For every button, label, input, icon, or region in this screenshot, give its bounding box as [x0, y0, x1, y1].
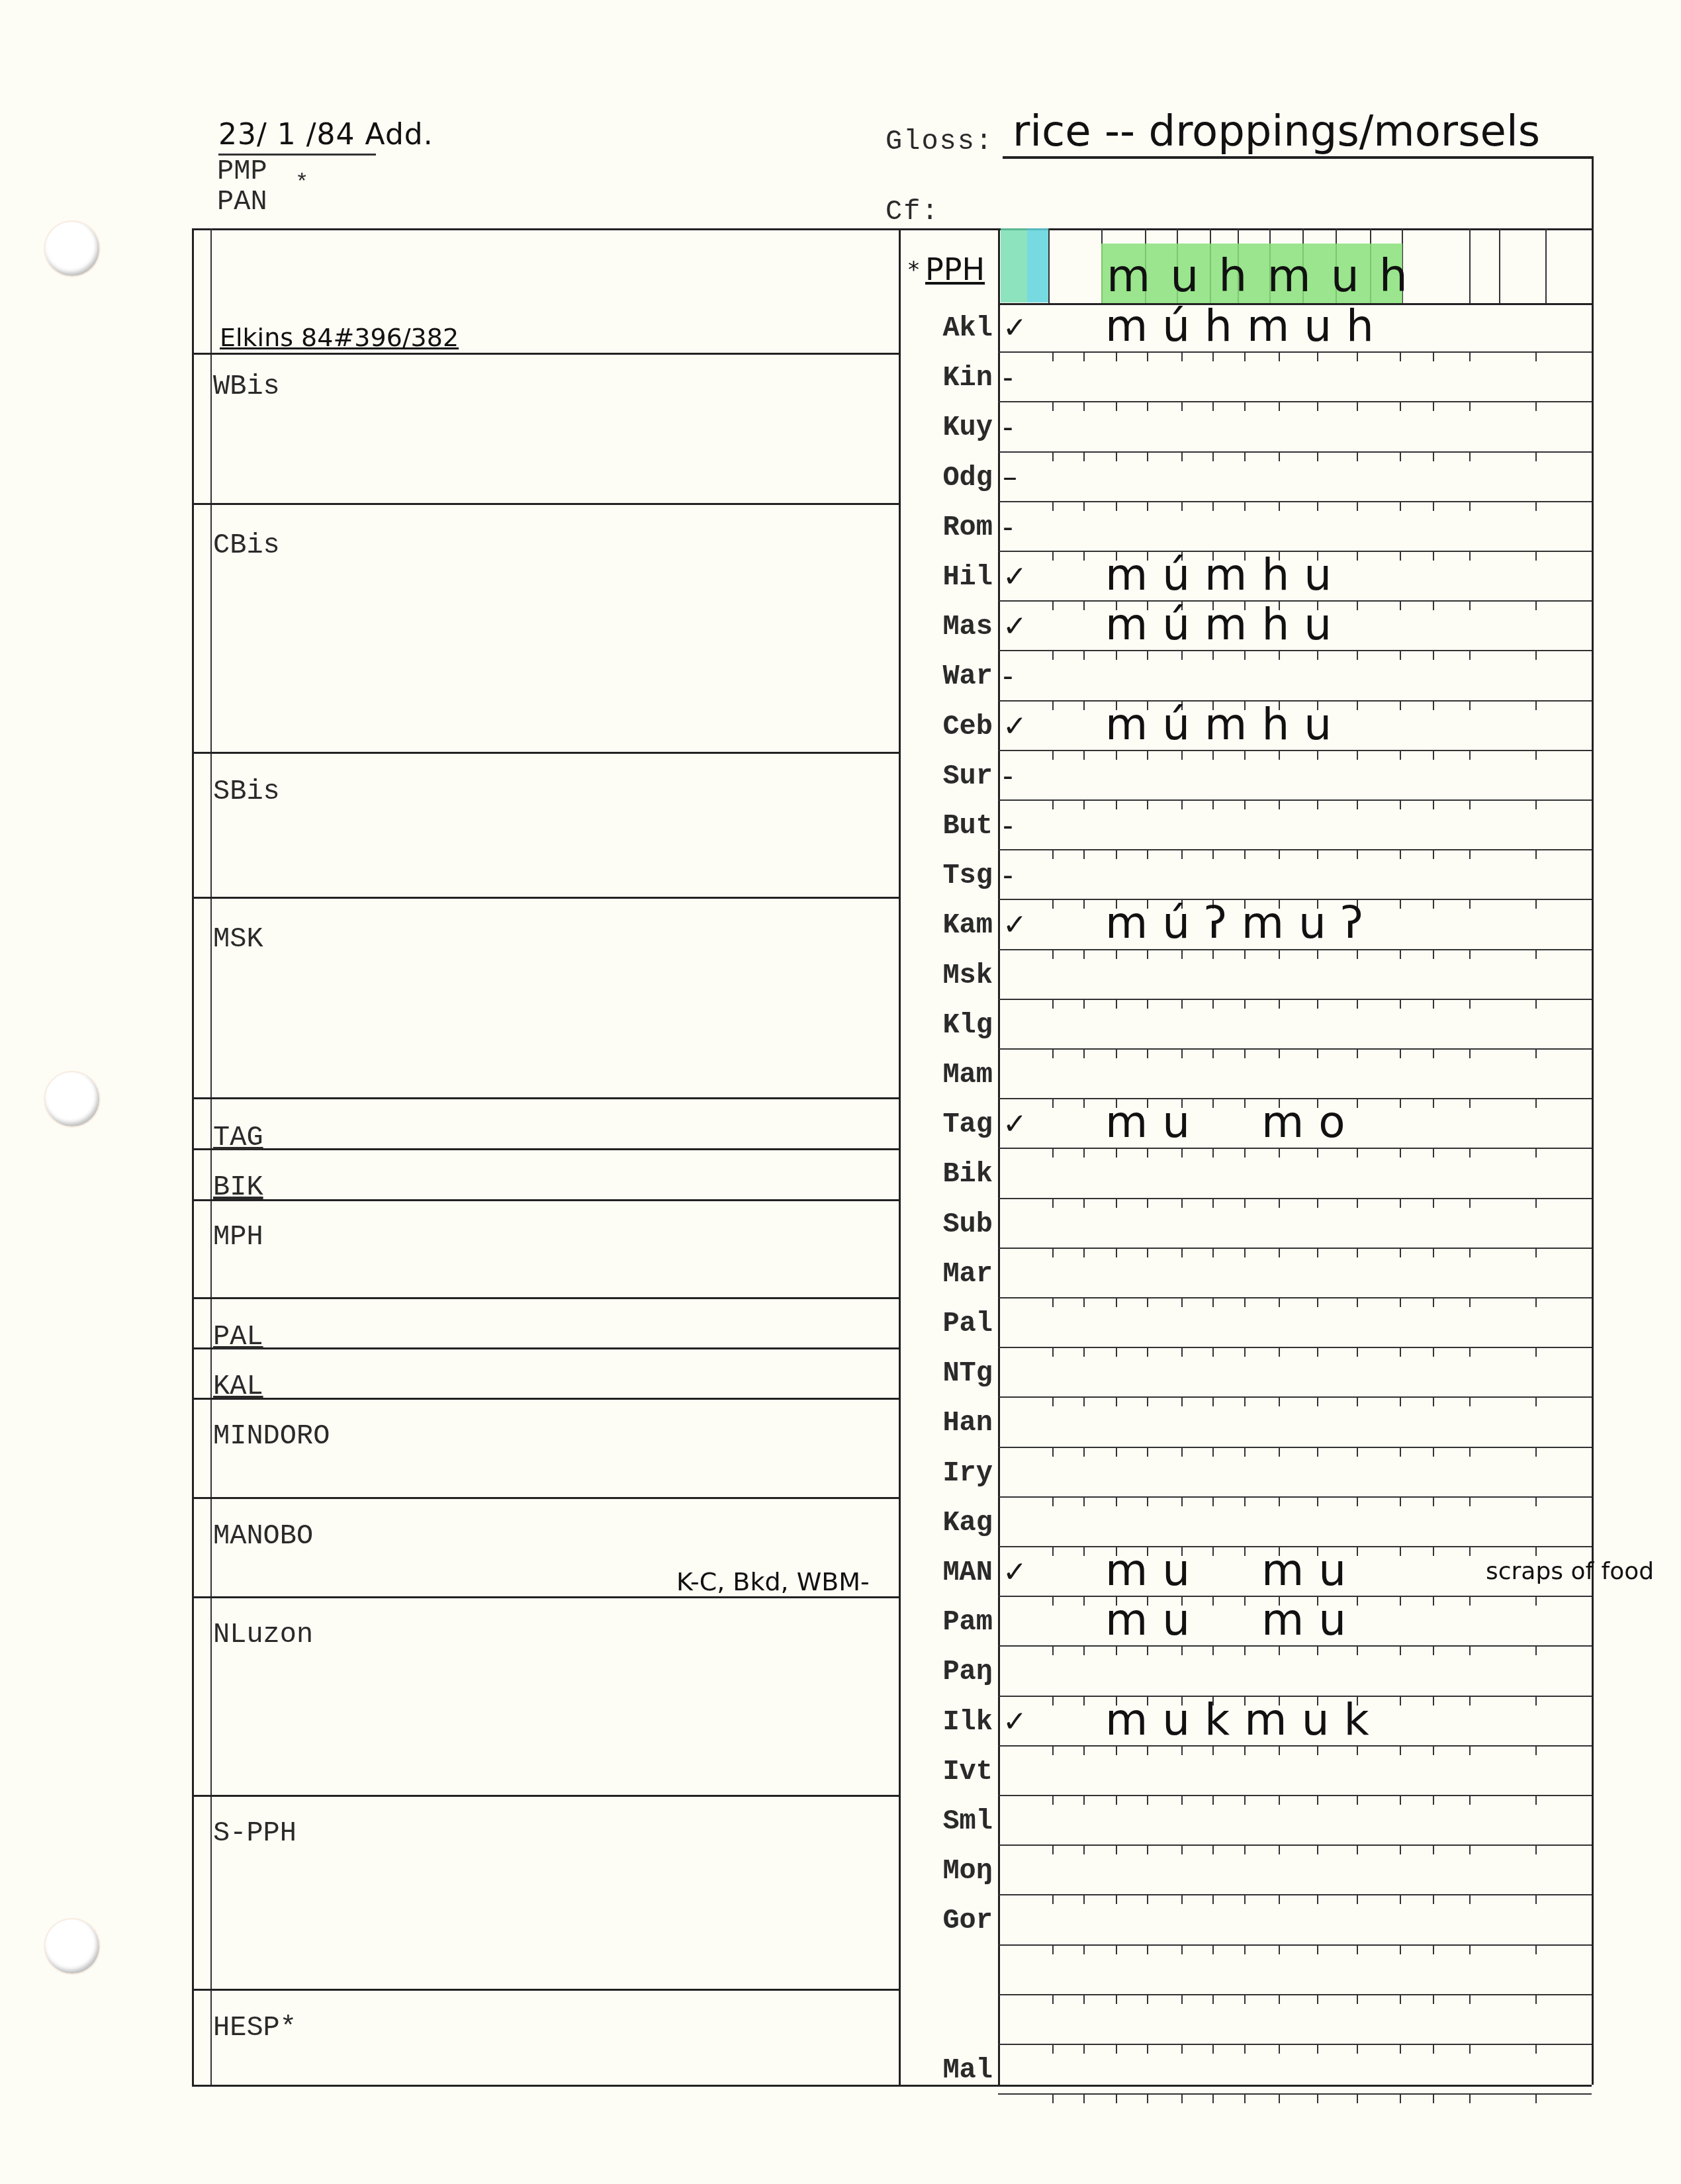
- grid-tick: [1535, 1895, 1537, 1904]
- grid-tick: [1433, 751, 1434, 760]
- language-code: Ceb: [908, 711, 993, 743]
- grid-tick: [1244, 1347, 1246, 1357]
- grid-tick: [1433, 1596, 1434, 1606]
- grid-tick: [1469, 1099, 1471, 1108]
- grid-tick: [1279, 502, 1280, 511]
- grid-tick: [1433, 1646, 1434, 1655]
- grid-tick: [1317, 1447, 1318, 1457]
- grid-tick: [1212, 950, 1214, 959]
- rule-line: [998, 401, 1592, 402]
- grid-tick: [1052, 1895, 1054, 1904]
- grid-tick: [1535, 1248, 1537, 1257]
- grid-tick: [1052, 452, 1054, 461]
- grid-tick: [1116, 1746, 1117, 1755]
- grid-tick: [1147, 1845, 1148, 1854]
- rule-line: [1592, 157, 1594, 2085]
- proto-star: *: [908, 257, 919, 283]
- grid-tick: [1400, 1347, 1401, 1357]
- grid-tick: [1147, 1945, 1148, 1954]
- grid-tick: [1181, 1845, 1183, 1854]
- grid-tick: [1317, 2094, 1318, 2103]
- language-code: Pam: [908, 1606, 993, 1638]
- grid-tick: [1535, 701, 1537, 710]
- grid-tick: [1469, 1696, 1471, 1706]
- grid-tick: [1116, 1995, 1117, 2004]
- grid-tick: [1083, 1596, 1085, 1606]
- grid-tick: [1535, 1497, 1537, 1506]
- grid-tick: [1469, 601, 1471, 610]
- grid-tick: [1317, 751, 1318, 760]
- grid-tick: [1052, 551, 1054, 561]
- grid-tick: [1357, 2094, 1358, 2103]
- grid-tick: [1317, 1148, 1318, 1158]
- grid-tick: [1181, 1148, 1183, 1158]
- grid-tick: [1244, 452, 1246, 461]
- grid-tick: [1212, 502, 1214, 511]
- language-code: Hil: [908, 561, 993, 593]
- grid-tick: [1433, 850, 1434, 859]
- binder-hole-bottom: [45, 1919, 99, 1974]
- grid-tick: [1535, 651, 1537, 660]
- grid-tick: [1433, 2094, 1434, 2103]
- grid-tick: [1469, 1746, 1471, 1755]
- grid-tick: [1317, 452, 1318, 461]
- grid-tick: [1469, 1298, 1471, 1307]
- reflex-form: mukmuk: [1105, 1694, 1384, 1745]
- language-code: Iry: [908, 1457, 993, 1489]
- rule-line: [998, 650, 1592, 651]
- grid-tick: [1244, 1199, 1246, 1208]
- grid-tick: [1244, 1049, 1246, 1058]
- grid-tick: [1147, 1049, 1148, 1058]
- grid-tick: [1212, 1148, 1214, 1158]
- dash-mark: -: [1003, 361, 1013, 394]
- rule-line: [998, 1297, 1592, 1298]
- grid-tick: [1400, 2094, 1401, 2103]
- grid-tick: [1400, 1646, 1401, 1655]
- manobo-sources-note: K-C, Bkd, WBM-: [676, 1567, 870, 1596]
- grid-tick: [1535, 601, 1537, 610]
- grid-tick: [1244, 1248, 1246, 1257]
- grid-tick: [1052, 2094, 1054, 2103]
- grid-tick: [1212, 2094, 1214, 2103]
- grid-tick: [1433, 2044, 1434, 2054]
- grid-tick: [1181, 1995, 1183, 2004]
- rule-line: [1499, 228, 1500, 303]
- group-label: SBis: [213, 776, 280, 807]
- grid-tick: [1116, 1796, 1117, 1805]
- reflex-form: mu mu: [1105, 1545, 1361, 1596]
- grid-tick: [1535, 1347, 1537, 1357]
- rule-line: [192, 353, 899, 355]
- grid-tick: [1083, 1547, 1085, 1556]
- grid-tick: [1357, 1497, 1358, 1506]
- grid-tick: [1433, 1845, 1434, 1854]
- group-label: MPH: [213, 1221, 263, 1253]
- grid-tick: [1052, 1646, 1054, 1655]
- rule-line: [192, 1795, 899, 1797]
- grid-tick: [1181, 999, 1183, 1009]
- grid-tick: [1083, 1049, 1085, 1058]
- grid-tick: [1212, 1298, 1214, 1307]
- dash-mark: -: [1003, 759, 1013, 793]
- grid-tick: [1317, 950, 1318, 959]
- grid-tick: [1469, 1895, 1471, 1904]
- grid-tick: [1083, 1696, 1085, 1706]
- grid-tick: [1083, 1298, 1085, 1307]
- grid-tick: [1052, 751, 1054, 760]
- grid-tick: [1400, 800, 1401, 809]
- grid-tick: [1469, 452, 1471, 461]
- grid-tick: [1147, 1895, 1148, 1904]
- grid-tick: [1052, 850, 1054, 859]
- grid-tick: [1052, 1248, 1054, 1257]
- grid-tick: [1400, 1845, 1401, 1854]
- grid-tick: [1212, 1746, 1214, 1755]
- grid-tick: [1357, 1646, 1358, 1655]
- grid-tick: [1052, 1397, 1054, 1406]
- grid-tick: [1535, 751, 1537, 760]
- grid-tick: [1279, 2044, 1280, 2054]
- checkmark-icon: ✓: [1003, 610, 1027, 643]
- grid-tick: [1357, 1945, 1358, 1954]
- grid-tick: [1244, 1447, 1246, 1457]
- grid-tick: [1116, 1646, 1117, 1655]
- grid-tick: [1469, 1497, 1471, 1506]
- rule-line: [192, 1297, 899, 1299]
- grid-tick: [1181, 1248, 1183, 1257]
- language-code: Moŋ: [908, 1855, 993, 1887]
- group-label: MANOBO: [213, 1520, 313, 1552]
- grid-tick: [1116, 800, 1117, 809]
- language-code: Msk: [908, 960, 993, 991]
- rule-line: [998, 451, 1592, 453]
- grid-tick: [1083, 1447, 1085, 1457]
- grid-tick: [1212, 402, 1214, 411]
- reflex-form: mu mo: [1105, 1097, 1360, 1148]
- grid-tick: [1116, 2044, 1117, 2054]
- binder-hole-top: [45, 222, 99, 276]
- rule-line: [1469, 228, 1471, 303]
- grid-tick: [1279, 1796, 1280, 1805]
- grid-tick: [1469, 551, 1471, 561]
- language-code: Rom: [908, 512, 993, 543]
- grid-tick: [1279, 1347, 1280, 1357]
- grid-tick: [1147, 1148, 1148, 1158]
- grid-tick: [1317, 502, 1318, 511]
- language-code: Odg: [908, 462, 993, 494]
- grid-tick: [1181, 1945, 1183, 1954]
- reflex-form: múmhu: [1105, 699, 1346, 750]
- rule-line: [899, 228, 901, 2085]
- language-code: Mal: [908, 2054, 993, 2086]
- grid-tick: [1433, 1347, 1434, 1357]
- grid-tick: [1181, 1746, 1183, 1755]
- grid-tick: [1212, 452, 1214, 461]
- grid-tick: [1116, 1845, 1117, 1854]
- rule-line: [192, 752, 899, 754]
- grid-tick: [1181, 1397, 1183, 1406]
- grid-tick: [1469, 1447, 1471, 1457]
- language-code: Tsg: [908, 860, 993, 891]
- grid-tick: [1433, 1397, 1434, 1406]
- grid-tick: [1244, 1746, 1246, 1755]
- grid-tick: [1212, 352, 1214, 361]
- language-code: But: [908, 810, 993, 842]
- grid-tick: [1469, 1845, 1471, 1854]
- grid-tick: [1052, 1696, 1054, 1706]
- group-label: MSK: [213, 923, 263, 955]
- grid-tick: [1181, 651, 1183, 660]
- grid-tick: [1279, 1845, 1280, 1854]
- grid-tick: [1357, 1995, 1358, 2004]
- grid-tick: [1357, 402, 1358, 411]
- grid-tick: [1147, 850, 1148, 859]
- grid-tick: [1400, 502, 1401, 511]
- grid-tick: [1279, 800, 1280, 809]
- grid-tick: [1357, 651, 1358, 660]
- gloss-value: rice -- droppings/morsels: [1013, 107, 1540, 156]
- grid-tick: [1469, 950, 1471, 959]
- grid-tick: [1279, 402, 1280, 411]
- grid-tick: [1116, 1397, 1117, 1406]
- rule-line: [192, 228, 194, 2085]
- highlight-teal: [1001, 228, 1027, 302]
- grid-tick: [1212, 1796, 1214, 1805]
- highlight-blue: [1027, 228, 1048, 302]
- grid-tick: [1052, 800, 1054, 809]
- grid-tick: [1433, 1945, 1434, 1954]
- grid-tick: [1317, 1397, 1318, 1406]
- grid-tick: [1433, 1746, 1434, 1755]
- grid-tick: [1212, 1199, 1214, 1208]
- grid-tick: [1279, 1298, 1280, 1307]
- language-code: Klg: [908, 1009, 993, 1041]
- rule-line: [192, 2085, 1592, 2087]
- grid-tick: [1052, 1547, 1054, 1556]
- grid-tick: [1357, 1199, 1358, 1208]
- grid-tick: [1083, 1248, 1085, 1257]
- rule-line: [998, 1745, 1592, 1747]
- grid-tick: [1400, 1397, 1401, 1406]
- grid-tick: [1317, 2044, 1318, 2054]
- grid-tick: [1212, 1895, 1214, 1904]
- grid-tick: [1357, 1746, 1358, 1755]
- grid-tick: [1147, 402, 1148, 411]
- grid-tick: [1535, 850, 1537, 859]
- grid-tick: [1052, 651, 1054, 660]
- grid-tick: [1052, 402, 1054, 411]
- grid-tick: [1116, 1199, 1117, 1208]
- grid-tick: [1535, 800, 1537, 809]
- grid-tick: [1147, 1646, 1148, 1655]
- grid-tick: [1212, 1049, 1214, 1058]
- grid-tick: [1357, 999, 1358, 1009]
- grid-tick: [1181, 502, 1183, 511]
- grid-tick: [1212, 1347, 1214, 1357]
- grid-tick: [1052, 1995, 1054, 2004]
- grid-tick: [1052, 2044, 1054, 2054]
- language-code: Gor: [908, 1905, 993, 1936]
- rule-line: [192, 1398, 899, 1400]
- language-code: Bik: [908, 1158, 993, 1190]
- language-code: Pal: [908, 1308, 993, 1340]
- grid-tick: [1357, 1298, 1358, 1307]
- grid-tick: [1083, 950, 1085, 959]
- grid-tick: [1433, 1248, 1434, 1257]
- grid-tick: [1400, 1099, 1401, 1108]
- grid-tick: [1400, 1945, 1401, 1954]
- pmp-label: PMP: [217, 156, 267, 187]
- grid-tick: [1083, 601, 1085, 610]
- grid-tick: [1469, 1646, 1471, 1655]
- rule-line: [210, 228, 212, 2085]
- grid-tick: [1083, 1397, 1085, 1406]
- grid-tick: [1469, 701, 1471, 710]
- grid-tick: [1400, 1796, 1401, 1805]
- grid-tick: [1147, 502, 1148, 511]
- rule-line: [192, 897, 899, 899]
- dash-mark: -: [1003, 410, 1013, 444]
- grid-tick: [1433, 1497, 1434, 1506]
- grid-tick: [1147, 800, 1148, 809]
- grid-tick: [1083, 1995, 1085, 2004]
- date-note: 23/ 1 /84 Add.: [218, 118, 433, 152]
- grid-tick: [1181, 352, 1183, 361]
- grid-tick: [1181, 751, 1183, 760]
- rule-line: [1545, 228, 1547, 303]
- rule-line: [998, 501, 1592, 502]
- grid-tick: [1279, 1746, 1280, 1755]
- dash-mark: -: [1003, 659, 1013, 693]
- grid-tick: [1052, 1845, 1054, 1854]
- grid-tick: [1317, 1895, 1318, 1904]
- grid-tick: [1083, 2094, 1085, 2103]
- grid-tick: [1147, 1298, 1148, 1307]
- grid-tick: [1433, 352, 1434, 361]
- grid-tick: [1433, 1298, 1434, 1307]
- grid-tick: [1317, 1248, 1318, 1257]
- grid-tick: [1279, 651, 1280, 660]
- grid-tick: [1433, 601, 1434, 610]
- grid-tick: [1317, 1995, 1318, 2004]
- grid-tick: [1116, 1248, 1117, 1257]
- grid-tick: [1400, 452, 1401, 461]
- grid-tick: [1116, 352, 1117, 361]
- grid-tick: [1357, 551, 1358, 561]
- grid-tick: [1083, 651, 1085, 660]
- grid-tick: [1400, 751, 1401, 760]
- grid-tick: [1147, 452, 1148, 461]
- grid-tick: [1400, 899, 1401, 909]
- language-code: Ivt: [908, 1756, 993, 1788]
- grid-tick: [1083, 1746, 1085, 1755]
- grid-tick: [1279, 2094, 1280, 2103]
- checkmark-icon: ✓: [1003, 560, 1027, 594]
- grid-tick: [1116, 850, 1117, 859]
- grid-tick: [1469, 651, 1471, 660]
- grid-tick: [1116, 1895, 1117, 1904]
- rule-line: [192, 1347, 899, 1349]
- group-label: TAG: [213, 1122, 263, 1154]
- grid-tick: [1469, 899, 1471, 909]
- grid-tick: [1083, 850, 1085, 859]
- checkmark-icon: ✓: [1003, 1705, 1027, 1739]
- grid-tick: [1279, 850, 1280, 859]
- grid-tick: [1535, 1796, 1537, 1805]
- language-code: Akl: [908, 312, 993, 344]
- language-code: NTg: [908, 1357, 993, 1389]
- grid-tick: [1357, 850, 1358, 859]
- grid-tick: [1317, 800, 1318, 809]
- grid-tick: [1052, 1099, 1054, 1108]
- grid-tick: [1535, 950, 1537, 959]
- grid-tick: [1535, 2044, 1537, 2054]
- grid-tick: [1212, 651, 1214, 660]
- grid-tick: [1244, 1397, 1246, 1406]
- rule-line: [998, 228, 1000, 2085]
- cf-label: Cf:: [886, 196, 940, 228]
- grid-tick: [1433, 1447, 1434, 1457]
- rule-line: [192, 1989, 899, 1991]
- grid-tick: [1116, 751, 1117, 760]
- grid-tick: [1535, 1995, 1537, 2004]
- grid-tick: [1052, 1148, 1054, 1158]
- grid-tick: [1052, 1497, 1054, 1506]
- grid-tick: [1147, 1347, 1148, 1357]
- grid-tick: [1181, 1049, 1183, 1058]
- grid-tick: [1083, 800, 1085, 809]
- grid-tick: [1400, 601, 1401, 610]
- rule-line: [192, 228, 1592, 230]
- grid-tick: [1317, 1199, 1318, 1208]
- grid-tick: [1400, 1248, 1401, 1257]
- grid-tick: [1279, 1199, 1280, 1208]
- grid-tick: [1357, 1447, 1358, 1457]
- group-label: KAL: [213, 1371, 263, 1402]
- grid-tick: [1052, 701, 1054, 710]
- grid-tick: [1244, 1497, 1246, 1506]
- grid-tick: [1469, 1945, 1471, 1954]
- grid-tick: [1535, 2094, 1537, 2103]
- grid-tick: [1433, 1547, 1434, 1556]
- grid-tick: [1212, 1646, 1214, 1655]
- grid-tick: [1083, 1099, 1085, 1108]
- language-code: War: [908, 660, 993, 692]
- grid-tick: [1147, 950, 1148, 959]
- grid-tick: [1052, 1298, 1054, 1307]
- rule-line: [998, 1645, 1592, 1647]
- rule-line: [998, 2093, 1592, 2095]
- grid-tick: [1469, 352, 1471, 361]
- language-code: Tag: [908, 1109, 993, 1140]
- grid-tick: [1147, 2044, 1148, 2054]
- language-code: Mam: [908, 1059, 993, 1091]
- group-label: MINDORO: [213, 1420, 330, 1452]
- grid-tick: [1181, 2044, 1183, 2054]
- grid-tick: [1212, 1497, 1214, 1506]
- grid-tick: [1469, 1199, 1471, 1208]
- pmp-star: *: [295, 171, 308, 196]
- checkmark-icon: ✓: [1003, 1107, 1027, 1141]
- grid-tick: [1279, 1895, 1280, 1904]
- grid-tick: [1433, 651, 1434, 660]
- grid-tick: [1116, 1945, 1117, 1954]
- binder-hole-middle: [45, 1072, 99, 1126]
- grid-tick: [1400, 1995, 1401, 2004]
- grid-tick: [1212, 800, 1214, 809]
- grid-tick: [1116, 502, 1117, 511]
